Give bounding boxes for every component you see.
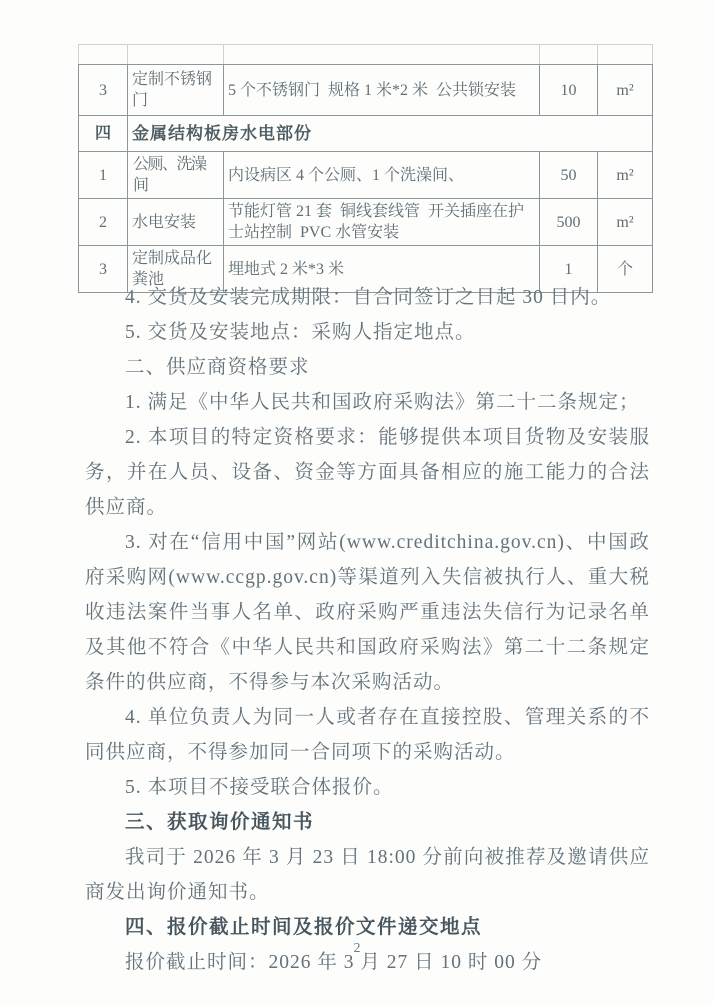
paragraph: 1. 满足《中华人民共和国政府采购法》第二十二条规定； xyxy=(85,385,650,420)
table-cell xyxy=(224,45,540,65)
row-qty: 50 xyxy=(540,152,598,199)
paragraph: 2. 本项目的特定资格要求：能够提供本项目货物及安装服务，并在人员、设备、资金等… xyxy=(85,420,650,525)
row-qty: 500 xyxy=(540,199,598,246)
table-cell xyxy=(128,45,224,65)
row-unit: m² xyxy=(598,65,653,116)
table-row: 1 公厕、洗澡间 内设病区 4 个公厕、1 个洗澡间、 50 m² xyxy=(79,152,653,199)
row-unit: m² xyxy=(598,199,653,246)
paragraph: 4. 单位负责人为同一人或者存在直接控股、管理关系的不同供应商，不得参加同一合同… xyxy=(85,700,650,770)
row-desc: 节能灯管 21 套 铜线套线管 开关插座在护士站控制 PVC 水管安装 xyxy=(224,199,540,246)
paragraph: 5. 交货及安装地点：采购人指定地点。 xyxy=(85,315,650,350)
document-body: 4. 交货及安装完成期限：自合同签订之日起 30 日内。 5. 交货及安装地点：… xyxy=(85,280,650,980)
page-number: 2 xyxy=(0,941,714,957)
row-no: 1 xyxy=(79,152,128,199)
table-row: 2 水电安装 节能灯管 21 套 铜线套线管 开关插座在护士站控制 PVC 水管… xyxy=(79,199,653,246)
table-row-cutoff xyxy=(79,45,653,65)
section-title: 金属结构板房水电部份 xyxy=(128,116,653,152)
table-cell xyxy=(598,45,653,65)
paragraph: 4. 交货及安装完成期限：自合同签订之日起 30 日内。 xyxy=(85,280,650,315)
table-section-row: 四 金属结构板房水电部份 xyxy=(79,116,653,152)
row-desc: 5 个不锈钢门 规格 1 米*2 米 公共锁安装 xyxy=(224,65,540,116)
table-row: 3 定制不锈钢门 5 个不锈钢门 规格 1 米*2 米 公共锁安装 10 m² xyxy=(79,65,653,116)
row-name: 公厕、洗澡间 xyxy=(128,152,224,199)
table-cell xyxy=(79,45,128,65)
row-unit: m² xyxy=(598,152,653,199)
row-name: 水电安装 xyxy=(128,199,224,246)
section-heading: 四、报价截止时间及报价文件递交地点 xyxy=(85,910,650,945)
row-no: 2 xyxy=(79,199,128,246)
row-desc: 内设病区 4 个公厕、1 个洗澡间、 xyxy=(224,152,540,199)
paragraph: 5. 本项目不接受联合体报价。 xyxy=(85,770,650,805)
paragraph: 3. 对在“信用中国”网站(www.creditchina.gov.cn)、中国… xyxy=(85,525,650,700)
document-page: 3 定制不锈钢门 5 个不锈钢门 规格 1 米*2 米 公共锁安装 10 m² … xyxy=(0,0,714,1005)
row-qty: 10 xyxy=(540,65,598,116)
section-heading: 三、获取询价通知书 xyxy=(85,805,650,840)
paragraph: 我司于 2026 年 3 月 23 日 18:00 分前向被推荐及邀请供应商发出… xyxy=(85,840,650,910)
row-name: 定制不锈钢门 xyxy=(128,65,224,116)
row-no: 3 xyxy=(79,65,128,116)
items-table: 3 定制不锈钢门 5 个不锈钢门 规格 1 米*2 米 公共锁安装 10 m² … xyxy=(78,44,653,293)
section-heading: 二、供应商资格要求 xyxy=(85,350,650,385)
row-no: 四 xyxy=(79,116,128,152)
table-cell xyxy=(540,45,598,65)
